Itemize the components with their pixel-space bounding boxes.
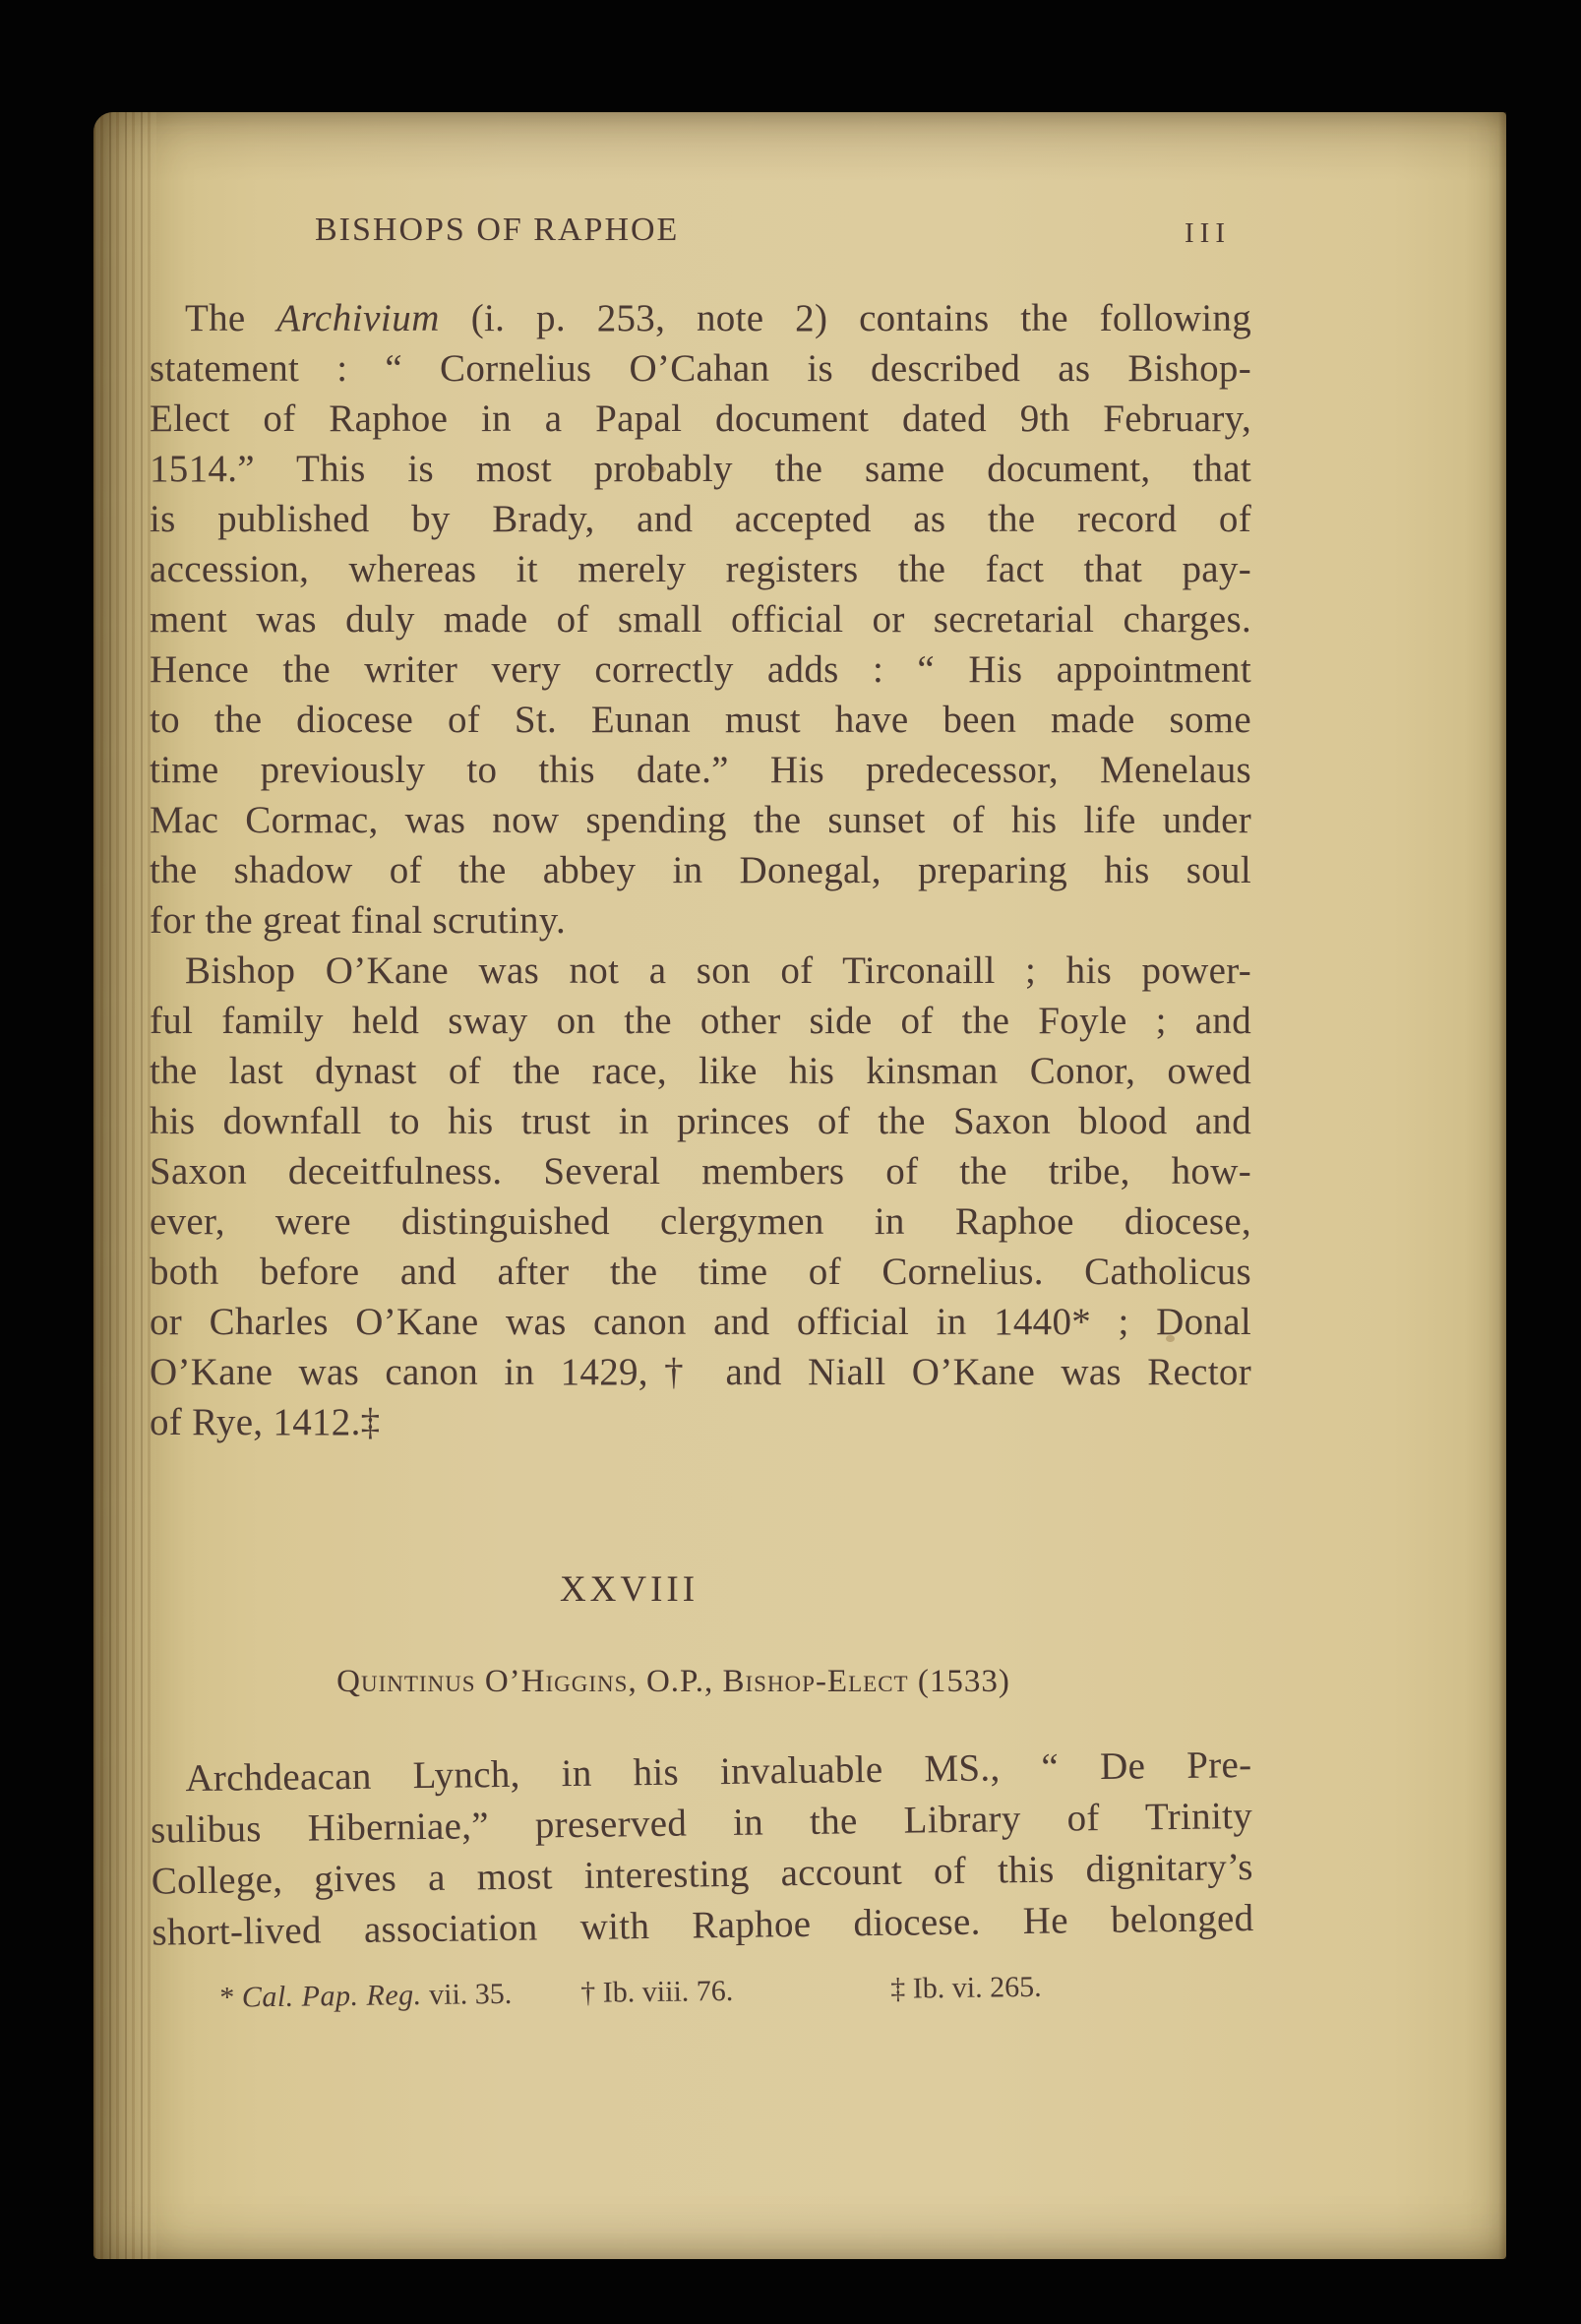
section-heading: Quintinus O’Higgins, O.P., Bishop-Elect … — [150, 1660, 1251, 1703]
page-content: BISHOPS OF RAPHOE III The Archivium (i. … — [150, 112, 1251, 2259]
page-number: III — [1185, 215, 1231, 251]
footnotes-row: * Cal. Pap. Reg. vii. 35. † Ib. viii. 76… — [152, 1966, 1254, 2018]
text-line: ever, were distinguished clergymen in Ra… — [150, 1196, 1251, 1247]
text-line: of Rye, 1412.‡ — [150, 1397, 1251, 1447]
text-line: ful family held sway on the other side o… — [150, 996, 1251, 1046]
section-number: XXVIII — [150, 1567, 1251, 1613]
running-header-title: BISHOPS OF RAPHOE — [315, 211, 679, 250]
text-line: Elect of Raphoe in a Papal document date… — [150, 394, 1251, 444]
text-line: the shadow of the abbey in Donegal, prep… — [150, 845, 1251, 895]
text-line: to the diocese of St. Eunan must have be… — [150, 695, 1251, 745]
text-line: time previously to this date.” His prede… — [150, 745, 1251, 795]
text-line: or Charles O’Kane was canon and official… — [150, 1297, 1251, 1347]
scan-background: { "document": { "running_header": { "tit… — [0, 0, 1581, 2324]
text-line: is published by Brady, and accepted as t… — [150, 494, 1251, 544]
text-line: statement : “ Cornelius O’Cahan is descr… — [150, 343, 1251, 394]
footnote-asterisk: * Cal. Pap. Reg. vii. 35. — [219, 1976, 512, 2017]
text-line: Hence the writer very correctly adds : “… — [150, 644, 1251, 695]
paragraph-1: The Archivium (i. p. 253, note 2) contai… — [150, 293, 1251, 946]
text-line: Mac Cormac, was now spending the sunset … — [150, 795, 1251, 845]
footnote-dagger: † Ib. viii. 76. — [580, 1973, 733, 2012]
text-line: accession, whereas it merely registers t… — [150, 544, 1251, 594]
binding-edge — [93, 112, 156, 2259]
tilted-scan-area: Archdeacan Lynch, in his invaluable MS.,… — [150, 1740, 1254, 2018]
running-header: BISHOPS OF RAPHOE III — [150, 211, 1251, 256]
text-line: for the great final scrutiny. — [150, 895, 1251, 946]
text-line: both before and after the time of Cornel… — [150, 1247, 1251, 1297]
book-page: BISHOPS OF RAPHOE III The Archivium (i. … — [93, 112, 1506, 2259]
text-line: Saxon deceitfulness. Several members of … — [150, 1146, 1251, 1196]
text-line: The Archivium (i. p. 253, note 2) contai… — [150, 293, 1251, 343]
text-line: the last dynast of the race, like his ki… — [150, 1046, 1251, 1096]
text-line: ment was duly made of small official or … — [150, 594, 1251, 644]
footnote-double-dagger: ‡ Ib. vi. 265. — [890, 1969, 1042, 2008]
paragraph-2: Bishop O’Kane was not a son of Tirconail… — [150, 946, 1251, 1447]
paragraph-3: Archdeacan Lynch, in his invaluable MS.,… — [150, 1740, 1254, 1959]
page-edge-shadow — [1498, 112, 1506, 2259]
text-line: 1514.” This is most probably the same do… — [150, 444, 1251, 494]
text-line: his downfall to his trust in princes of … — [150, 1096, 1251, 1146]
text-line: Bishop O’Kane was not a son of Tirconail… — [150, 946, 1251, 996]
section-block: XXVIII Quintinus O’Higgins, O.P., Bishop… — [150, 1567, 1251, 2003]
text-line: O’Kane was canon in 1429,† and Niall O’K… — [150, 1347, 1251, 1397]
